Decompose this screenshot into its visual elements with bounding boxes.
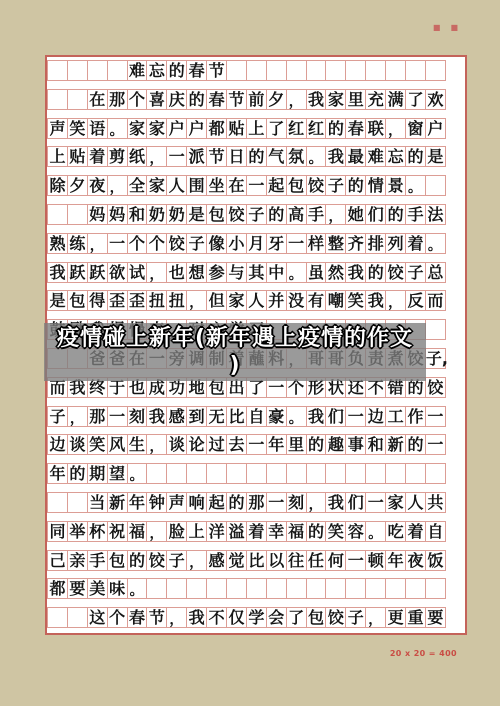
grid-cell (306, 463, 327, 484)
grid-cell (47, 89, 68, 110)
red-seal-icon: ■ (450, 24, 458, 32)
grid-cell: 们 (365, 204, 386, 225)
grid-cell: 我 (47, 262, 68, 283)
grid-cell: 人 (166, 175, 187, 196)
grid-cell: ， (306, 492, 327, 513)
grid-cell: 在 (226, 175, 247, 196)
grid-cell: 起 (206, 492, 227, 513)
grid-row: 熟练，一个个饺子像小月牙一样整齐排列着。 (47, 233, 465, 254)
grid-cell: 溢 (226, 521, 247, 542)
grid-cell: 奶 (166, 204, 187, 225)
grid-cell: ， (365, 607, 386, 628)
grid-cell: 与 (226, 262, 247, 283)
grid-cell: 而 (425, 290, 446, 311)
grid-cell: 子 (166, 550, 187, 571)
grid-cell (47, 492, 68, 513)
grid-row: 当新年钟声响起的那一刻，我们一家人共 (47, 492, 465, 513)
grid-cell: 也 (166, 262, 187, 283)
grid-cell: ， (325, 204, 346, 225)
grid-cell (266, 463, 287, 484)
grid-cell: 联 (365, 118, 386, 139)
grid-cell: 过 (206, 434, 227, 455)
grid-cell (107, 60, 128, 81)
grid-cell: 无 (206, 406, 227, 427)
grid-cell: 饺 (306, 175, 327, 196)
grid-cell (425, 319, 446, 340)
grid-cell (67, 204, 88, 225)
grid-cell (226, 578, 247, 599)
grid-cell: ， (146, 262, 167, 283)
grid-cell: 着 (405, 521, 426, 542)
grid-cell (246, 463, 267, 484)
grid-cell (206, 463, 227, 484)
grid-cell (186, 578, 207, 599)
grid-cell: 都 (47, 578, 68, 599)
grid-cell: 嘲 (325, 290, 346, 311)
overlay-banner: 疫情碰上新年(新年遇上疫情的作文 ) (44, 323, 426, 381)
grid-cell: 个 (127, 233, 148, 254)
grid-cell: 贴 (67, 146, 88, 167)
grid-cell: 何 (325, 550, 346, 571)
grid-cell: 同 (47, 521, 68, 542)
grid-cell: 得 (87, 290, 108, 311)
grid-cell: 庆 (166, 89, 187, 110)
grid-cell: 牙 (266, 233, 287, 254)
grid-cell (87, 60, 108, 81)
grid-cell: 饺 (325, 607, 346, 628)
grid-cell: 豪 (266, 406, 287, 427)
grid-cell: 高 (286, 204, 307, 225)
grid-cell: 上 (246, 118, 267, 139)
grid-cell (166, 463, 187, 484)
grid-cell: 幸 (266, 521, 287, 542)
grid-row: 己亲手包的饺子，感觉比以往任何一顿年夜饭 (47, 550, 465, 571)
grid-cell: 。 (127, 578, 148, 599)
grid-cell: 期 (87, 463, 108, 484)
grid-cell: 福 (286, 521, 307, 542)
grid-cell: ， (87, 233, 108, 254)
grid-cell: 红 (286, 118, 307, 139)
grid-cell: 杯 (87, 521, 108, 542)
grid-cell (345, 578, 366, 599)
grid-cell (67, 607, 88, 628)
grid-cell: 手 (306, 204, 327, 225)
grid-cell: 一 (166, 146, 187, 167)
grid-cell: 里 (345, 89, 366, 110)
grid-cell: 法 (425, 204, 446, 225)
grid-cell: 一 (365, 492, 386, 513)
grid-cell: 欢 (425, 89, 446, 110)
grid-cell: 味 (107, 578, 128, 599)
grid-cell: 家 (146, 175, 167, 196)
grid-cell: 仅 (226, 607, 247, 628)
grid-row: 是包得歪歪扭扭，但家人并没有嘲笑我，反而 (47, 290, 465, 311)
grid-cell: 。 (286, 262, 307, 283)
grid-cell: 忘 (385, 146, 406, 167)
grid-cell: 家 (226, 290, 247, 311)
grid-cell: 和 (127, 204, 148, 225)
grid-cell: 其 (246, 262, 267, 283)
grid-cell: 户 (425, 118, 446, 139)
grid-cell: 手 (405, 204, 426, 225)
grid-cell: 。 (405, 175, 426, 196)
grid-cell: 全 (127, 175, 148, 196)
grid-cell: 不 (206, 607, 227, 628)
grid-cell (67, 492, 88, 513)
grid-cell: 饺 (166, 233, 187, 254)
grid-cell: 。 (425, 233, 446, 254)
grid-cell: 子, (425, 348, 446, 369)
grid-cell: 歪 (107, 290, 128, 311)
grid-cell: 户 (166, 118, 187, 139)
grid-cell: 夜 (87, 175, 108, 196)
grid-cell: 贴 (226, 118, 247, 139)
grid-cell (146, 463, 167, 484)
grid-cell: 夕 (266, 89, 287, 110)
grid-cell: 的 (345, 175, 366, 196)
grid-cell: 新 (385, 434, 406, 455)
grid-cell: 我 (186, 607, 207, 628)
grid-row: 边谈笑风生，谈论过去一年里的趣事和新的一 (47, 434, 465, 455)
grid-cell: 自 (246, 406, 267, 427)
grid-cell: ， (286, 89, 307, 110)
grid-cell: 像 (206, 233, 227, 254)
grid-cell (47, 204, 68, 225)
grid-cell: 家 (146, 118, 167, 139)
grid-cell: 月 (246, 233, 267, 254)
grid-cell: 子 (47, 406, 68, 427)
grid-cell (405, 578, 426, 599)
grid-cell: 夜 (405, 550, 426, 571)
grid-cell: 家 (385, 492, 406, 513)
grid-cell (286, 463, 307, 484)
grid-cell: 会 (266, 607, 287, 628)
grid-cell: 。 (127, 463, 148, 484)
grid-cell: 饺 (226, 204, 247, 225)
grid-cell: 任 (306, 550, 327, 571)
grid-cell: 的 (67, 463, 88, 484)
grid-cell: 人 (246, 290, 267, 311)
grid-cell: 并 (266, 290, 287, 311)
grid-cell: 节 (206, 146, 227, 167)
grid-cell: 跃 (87, 262, 108, 283)
grid-cell: 有 (306, 290, 327, 311)
grid-cell: 声 (166, 492, 187, 513)
grid-cell: 的 (405, 146, 426, 167)
grid-row: 声笑语。家家户户都贴上了红红的春联，窗户 (47, 118, 465, 139)
grid-row: 难忘的春节 (47, 60, 465, 81)
grid-cell: 往 (286, 550, 307, 571)
grid-cell: 家 (127, 118, 148, 139)
grid-cell (425, 463, 446, 484)
grid-cell (425, 60, 446, 81)
grid-cell: 我 (345, 262, 366, 283)
grid-cell (325, 463, 346, 484)
grid-cell: ， (385, 118, 406, 139)
grid-cell (47, 60, 68, 81)
grid-cell: 欲 (107, 262, 128, 283)
grid-cell: 笑 (325, 521, 346, 542)
grid-cell: ， (186, 550, 207, 571)
grid-cell: 齐 (345, 233, 366, 254)
grid-cell: 响 (186, 492, 207, 513)
grid-cell: 顿 (365, 550, 386, 571)
grid-cell (425, 578, 446, 599)
red-seal-icon: ■ (433, 24, 441, 32)
grid-cell (325, 60, 346, 81)
grid-cell: 我 (146, 406, 167, 427)
grid-cell (365, 60, 386, 81)
grid-cell: 洋 (206, 521, 227, 542)
grid-cell: 满 (385, 89, 406, 110)
grid-cell (345, 463, 366, 484)
grid-cell: 边 (47, 434, 68, 455)
grid-cell: 忘 (146, 60, 167, 81)
grid-cell: 手 (87, 550, 108, 571)
grid-cell: 的 (306, 521, 327, 542)
grid-cell: 的 (385, 204, 406, 225)
grid-cell: ， (186, 290, 207, 311)
grid-cell (246, 578, 267, 599)
grid-cell: 们 (345, 492, 366, 513)
grid-row: 妈妈和奶奶是包饺子的高手，她们的手法 (47, 204, 465, 225)
grid-cell (246, 60, 267, 81)
grid-cell (286, 578, 307, 599)
grid-cell: 氛 (286, 146, 307, 167)
grid-cell: 包 (306, 607, 327, 628)
grid-cell: 笑 (67, 118, 88, 139)
grid-cell: 里 (286, 434, 307, 455)
grid-cell: 年 (47, 463, 68, 484)
grid-cell: 情 (365, 175, 386, 196)
grid-cell: 妈 (107, 204, 128, 225)
grid-cell: 扭 (146, 290, 167, 311)
grid-cell (47, 607, 68, 628)
grid-cell: 和 (365, 434, 386, 455)
grid-cell: 参 (206, 262, 227, 283)
grid-cell: 样 (306, 233, 327, 254)
grid-cell: 论 (186, 434, 207, 455)
grid-cell: 我 (306, 406, 327, 427)
grid-cell: 想 (186, 262, 207, 283)
grid-cell (365, 463, 386, 484)
grid-cell: 试 (127, 262, 148, 283)
grid-cell: 饺 (385, 262, 406, 283)
grid-cell (405, 60, 426, 81)
grid-cell: 个 (146, 233, 167, 254)
grid-cell: 小 (226, 233, 247, 254)
grid-row: 年的期望。 (47, 463, 465, 484)
grid-cell: 着 (405, 233, 426, 254)
grid-cell: 要 (67, 578, 88, 599)
grid-cell: 起 (266, 175, 287, 196)
grid-cell: 吃 (385, 521, 406, 542)
grid-cell: 然 (325, 262, 346, 283)
grid-cell: 感 (166, 406, 187, 427)
grid-cell: 的 (186, 89, 207, 110)
grid-cell: ， (146, 146, 167, 167)
grid-cell: 子 (325, 175, 346, 196)
grid-cell: 们 (325, 406, 346, 427)
grid-cell: 。 (286, 406, 307, 427)
grid-cell (166, 578, 187, 599)
grid-cell: 个 (107, 607, 128, 628)
grid-cell: 是 (425, 146, 446, 167)
grid-cell: 难 (127, 60, 148, 81)
grid-cell: 春 (345, 118, 366, 139)
grid-cell: 的 (246, 146, 267, 167)
grid-cell: 但 (206, 290, 227, 311)
grid-cell: 比 (226, 406, 247, 427)
grid-cell: 个 (127, 89, 148, 110)
grid-cell: 当 (87, 492, 108, 513)
grid-cell: 春 (186, 60, 207, 81)
grid-cell: 气 (266, 146, 287, 167)
grid-cell: 一 (246, 175, 267, 196)
grid-cell: 剪 (107, 146, 128, 167)
grid-cell: 这 (87, 607, 108, 628)
grid-cell: 排 (365, 233, 386, 254)
grid-cell: 一 (425, 406, 446, 427)
grid-cell: 人 (405, 492, 426, 513)
grid-cell: 趣 (325, 434, 346, 455)
grid-cell: 。 (306, 146, 327, 167)
grid-cell: 是 (47, 290, 68, 311)
grid-cell: 她 (345, 204, 366, 225)
grid-cell: 声 (47, 118, 68, 139)
grid-cell (425, 175, 446, 196)
grid-cell: 虽 (306, 262, 327, 283)
grid-cell: 家 (325, 89, 346, 110)
grid-cell: 的 (365, 262, 386, 283)
grid-row: 同举杯祝福，脸上洋溢着幸福的笑容。吃着自 (47, 521, 465, 542)
grid-cell: 共 (425, 492, 446, 513)
grid-cell: 列 (385, 233, 406, 254)
grid-cell: 新 (107, 492, 128, 513)
grid-cell: 的 (306, 434, 327, 455)
grid-cell: 总 (425, 262, 446, 283)
grid-cell: 望 (107, 463, 128, 484)
grid-cell: 那 (107, 89, 128, 110)
grid-cell: 红 (306, 118, 327, 139)
grid-cell: 着 (87, 146, 108, 167)
grid-cell (365, 578, 386, 599)
grid-cell: 春 (127, 607, 148, 628)
grid-cell: 节 (146, 607, 167, 628)
grid-cell: 扭 (166, 290, 187, 311)
grid-cell: 钟 (146, 492, 167, 513)
grid-row: 我跃跃欲试，也想参与其中。虽然我的饺子总 (47, 262, 465, 283)
grid-cell: 春 (206, 89, 227, 110)
grid-cell: 子 (186, 233, 207, 254)
grid-row: 除夕夜，全家人围坐在一起包饺子的情景。 (47, 175, 465, 196)
grid-cell: 前 (246, 89, 267, 110)
grid-cell: 我 (306, 89, 327, 110)
grid-cell: 刻 (127, 406, 148, 427)
grid-cell: 那 (246, 492, 267, 513)
grid-cell: ， (166, 607, 187, 628)
grid-cell: 风 (107, 434, 128, 455)
grid-cell (345, 60, 366, 81)
grid-cell: 一 (266, 492, 287, 513)
grid-cell: 福 (127, 521, 148, 542)
overlay-title-line-1: 疫情碰上新年(新年遇上疫情的作文 (57, 325, 413, 352)
grid-cell: 比 (246, 550, 267, 571)
grid-cell: 包 (67, 290, 88, 311)
grid-cell (206, 578, 227, 599)
grid-cell: 自 (425, 521, 446, 542)
grid-cell: ， (67, 406, 88, 427)
grid-cell: 子 (345, 607, 366, 628)
grid-cell: ， (107, 175, 128, 196)
grid-cell: 跃 (67, 262, 88, 283)
grid-cell: 一 (345, 406, 366, 427)
corner-marks: ■ ■ (433, 24, 458, 32)
grid-cell: 喜 (146, 89, 167, 110)
grid-cell: 生 (127, 434, 148, 455)
grid-cell: 奶 (146, 204, 167, 225)
grid-cell: 去 (226, 434, 247, 455)
grid-cell (146, 578, 167, 599)
grid-row: 这个春节，我不仅学会了包饺子，更重要 (47, 607, 465, 628)
grid-cell: 举 (67, 521, 88, 542)
grid-cell: 祝 (107, 521, 128, 542)
grid-cell: 着 (246, 521, 267, 542)
grid-cell: 那 (87, 406, 108, 427)
grid-cell: 工 (385, 406, 406, 427)
grid-cell (266, 578, 287, 599)
grid-cell: 反 (405, 290, 426, 311)
grid-cell: 到 (186, 406, 207, 427)
grid-cell: 都 (206, 118, 227, 139)
grid-cell: 年 (385, 550, 406, 571)
grid-cell (325, 578, 346, 599)
grid-cell: 一 (107, 233, 128, 254)
grid-cell: 一 (345, 550, 366, 571)
grid-cell: 是 (186, 204, 207, 225)
grid-cell: 的 (325, 118, 346, 139)
grid-cell: 年 (127, 492, 148, 513)
grid-cell: 美 (87, 578, 108, 599)
grid-row: 上贴着剪纸，一派节日的气氛。我最难忘的是 (47, 146, 465, 167)
grid-cell: 刻 (286, 492, 307, 513)
grid-cell: 上 (47, 146, 68, 167)
grid-cell: 重 (405, 607, 426, 628)
grid-cell: 了 (405, 89, 426, 110)
grid-cell: 一 (425, 434, 446, 455)
grid-cell (226, 60, 247, 81)
grid-cell: 派 (186, 146, 207, 167)
grid-cell (385, 463, 406, 484)
grid-cell: 没 (286, 290, 307, 311)
grid-row: 在那个喜庆的春节前夕，我家里充满了欢 (47, 89, 465, 110)
grid-cell: 练 (67, 233, 88, 254)
grid-cell: ， (146, 434, 167, 455)
page: ■ ■ 难忘的春节在那个喜庆的春节前夕，我家里充满了欢声笑语。家家户户都贴上了红… (0, 0, 500, 706)
grid-cell: ， (146, 521, 167, 542)
grid-cell: 的 (127, 550, 148, 571)
grid-cell (385, 578, 406, 599)
grid-cell (186, 463, 207, 484)
grid-cell (306, 578, 327, 599)
grid-cell: 日 (226, 146, 247, 167)
grid-cell (226, 463, 247, 484)
grid-cell (286, 60, 307, 81)
grid-cell (385, 60, 406, 81)
grid-cell: 学 (246, 607, 267, 628)
grid-cell: 感 (206, 550, 227, 571)
grid-cell: 最 (345, 146, 366, 167)
